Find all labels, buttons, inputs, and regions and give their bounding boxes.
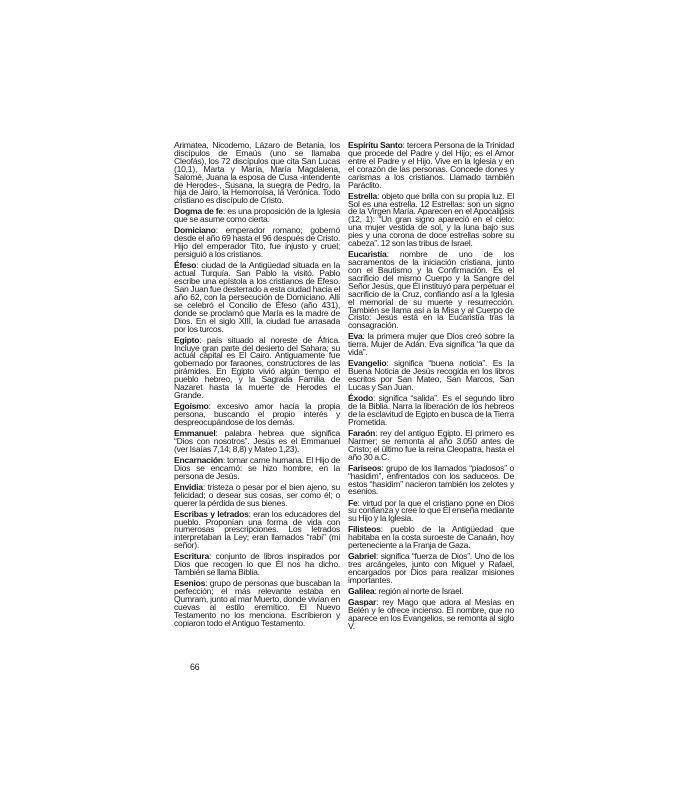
glossary-entry: Eucaristía: nombre de uno de los sacrame… [348, 251, 514, 330]
glossary-entry: Egoísmo: excesivo amor hacia la propia p… [174, 403, 340, 427]
glossary-definition: : grupo de personas que buscaban la perf… [174, 578, 340, 628]
glossary-definition: : país situado al noreste de África. Inc… [174, 335, 340, 400]
glossary-entry: Esenios: grupo de personas que buscaban … [174, 580, 340, 627]
glossary-entry: Fariseos: grupo de los llamados “piadoso… [348, 465, 514, 497]
document-page: Arimatea, Nicodemo, Lázaro de Betania, l… [0, 0, 700, 800]
glossary-entry: Escritura: conjunto de libros inspirados… [174, 553, 340, 577]
glossary-term: Galilea [348, 586, 374, 596]
glossary-entry: Éfeso: ciudad de la Antigüedad situada e… [174, 262, 340, 333]
glossary-entry: Éxodo: significa “salida”. Es el segundo… [348, 395, 514, 427]
glossary-entry: Emmanuel: palabra hebrea que significa “… [174, 430, 340, 454]
glossary-entry: Envidia: tristeza o pesar por el bien aj… [174, 484, 340, 508]
glossary-definition: : virtud por la que el cristiano pone en… [348, 498, 514, 524]
glossary-definition: : ciudad de la Antigüedad situada en la … [174, 260, 340, 333]
glossary-entry: Egipto: país situado al noreste de Áfric… [174, 337, 340, 400]
glossary-definition: Arimatea, Nicodemo, Lázaro de Betania, l… [174, 140, 340, 205]
glossary-entry: Encarnación: tomar carne humana. El Hijo… [174, 457, 340, 481]
glossary-entry: Domiciano: emperador romano; gobernó des… [174, 227, 340, 259]
glossary-entry: Faraón: rey del antiguo Egipto. El prime… [348, 430, 514, 462]
glossary-entry: Filisteos: pueblo de la Antigüedad que h… [348, 526, 514, 550]
glossary-definition: : la primera mujer que Dios creó sobre l… [348, 331, 514, 357]
glossary-entry: Escribas y letrados: eran los educadores… [174, 511, 340, 551]
glossary-column-right: Espíritu Santo: tercera Persona de la Tr… [348, 142, 514, 634]
glossary-entry: Gabriel: significa “fuerza de Dios”. Uno… [348, 553, 514, 585]
glossary-entry: Eva: la primera mujer que Dios creó sobr… [348, 333, 514, 357]
glossary-definition: : región al norte de Israel. [374, 586, 463, 596]
glossary-entry: Evangelio: significa “buena noticia”. Es… [348, 360, 514, 392]
page-number: 66 [190, 662, 199, 672]
glossary-definition: : nombre de uno de los sacramentos de la… [348, 249, 514, 330]
glossary-column-left: Arimatea, Nicodemo, Lázaro de Betania, l… [174, 142, 340, 631]
glossary-entry: Dogma de fe: es una proposición de la Ig… [174, 208, 340, 224]
glossary-entry: Espíritu Santo: tercera Persona de la Tr… [348, 142, 514, 189]
glossary-entry: Estrella: objeto que brilla con su propi… [348, 193, 514, 248]
glossary-entry: Fe: virtud por la que el cristiano pone … [348, 500, 514, 524]
glossary-definition: : tercera Persona de la Trinidad que pro… [348, 140, 514, 190]
glossary-entry: Gaspar: rey Mago que adora al Mesías en … [348, 599, 514, 631]
glossary-entry: Arimatea, Nicodemo, Lázaro de Betania, l… [174, 142, 340, 205]
glossary-definition: : objeto que brilla con su propia luz. E… [348, 191, 514, 248]
glossary-definition: : significa “salida”. Es el segundo libr… [348, 393, 514, 427]
glossary-entry: Galilea: región al norte de Israel. [348, 588, 514, 596]
